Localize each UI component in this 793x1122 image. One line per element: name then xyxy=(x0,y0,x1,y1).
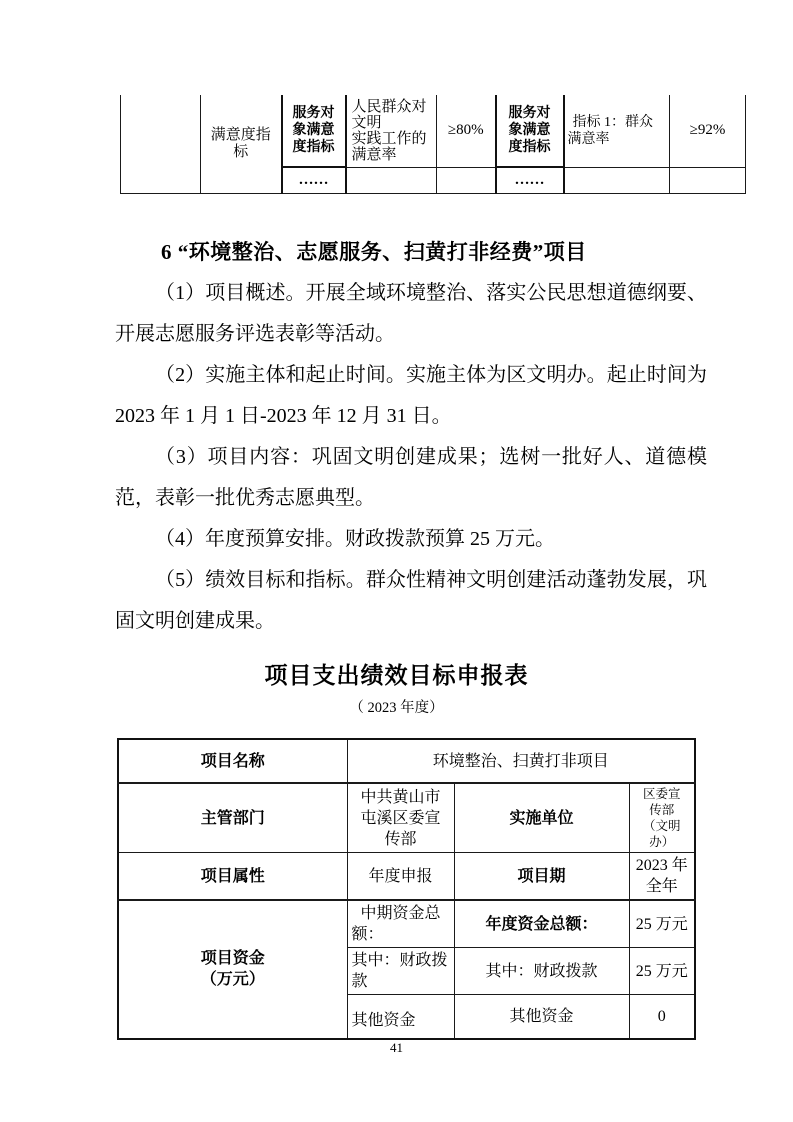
dept-label-cell: 主管部门 xyxy=(118,783,347,853)
empty-cell xyxy=(437,167,496,193)
empty-cell xyxy=(670,167,746,193)
ellipsis-cell-2: …… xyxy=(496,167,564,193)
other-label-cell: 其他资金 xyxy=(454,995,629,1039)
declaration-title: 项目支出绩效目标申报表 xyxy=(0,657,793,690)
table-row: 满意度指标 服务对象满意度指标 人民群众对文明 实践工作的满意率 ≥80% 服务… xyxy=(121,95,746,167)
other-value-cell: 0 xyxy=(629,995,695,1039)
fiscal-value-cell: 25 万元 xyxy=(629,948,695,995)
indicator-text-cell-2: 指标 1：群众满意率 xyxy=(564,95,670,167)
table-row-department: 主管部门 中共黄山市屯溪区委宣传部 实施单位 区委宣传部（文明办） xyxy=(118,783,695,853)
page-number: 41 xyxy=(0,1040,793,1056)
empty-cell xyxy=(346,167,437,193)
project-name-label-cell: 项目名称 xyxy=(118,739,347,783)
ellipsis-cell: …… xyxy=(282,167,346,193)
service-target-header-cell: 服务对象满意度指标 xyxy=(282,95,346,167)
impl-label-cell: 实施单位 xyxy=(454,783,629,853)
declaration-table: 项目名称 环境整治、扫黄打非项目 主管部门 中共黄山市屯溪区委宣传部 实施单位 … xyxy=(117,738,696,1040)
dept-value-cell: 中共黄山市屯溪区委宣传部 xyxy=(347,783,454,853)
table-row-project-name: 项目名称 环境整治、扫黄打非项目 xyxy=(118,739,695,783)
other-sub-label-cell: 其他资金 xyxy=(347,995,454,1039)
project-name-value-cell: 环境整治、扫黄打非项目 xyxy=(347,739,695,783)
empty-cell xyxy=(121,95,201,193)
fiscal-sub-label-cell: 其中：财政拨款 xyxy=(347,948,454,995)
document-page: 满意度指标 服务对象满意度指标 人民群众对文明 实践工作的满意率 ≥80% 服务… xyxy=(0,0,793,1122)
funds-label-cell: 项目资金 （万元） xyxy=(118,900,347,1039)
table-row-attribute: 项目属性 年度申报 项目期 2023 年全年 xyxy=(118,853,695,901)
annual-total-label-cell: 年度资金总额： xyxy=(454,900,629,948)
paragraph-implementer: （2）实施主体和起止时间。实施主体为区文明办。起止时间为 2023 年 1 月 … xyxy=(115,355,707,437)
section-body: 6 “环境整治、志愿服务、扫黄打非经费”项目 （1）项目概述。开展全域环境整治、… xyxy=(115,231,707,642)
service-target-header-cell-2: 服务对象满意度指标 xyxy=(496,95,564,167)
paragraph-budget: （4）年度预算安排。财政拨款预算 25 万元。 xyxy=(115,519,707,560)
annual-total-value-cell: 25 万元 xyxy=(629,900,695,948)
paragraph-targets: （5）绩效目标和指标。群众性精神文明创建活动蓬勃发展，巩固文明创建成果。 xyxy=(115,560,707,642)
period-value-cell: 2023 年全年 xyxy=(629,853,695,901)
mid-total-label-cell: 中期资金总额： xyxy=(347,900,454,948)
indicator-text-cell: 人民群众对文明 实践工作的满意率 xyxy=(346,95,437,167)
target-value-cell-2: ≥92% xyxy=(670,95,746,167)
fiscal-label-cell: 其中：财政拨款 xyxy=(454,948,629,995)
satisfaction-label-cell: 满意度指标 xyxy=(201,95,282,193)
paragraph-overview: （1）项目概述。开展全域环境整治、落实公民思想道德纲要、开展志愿服务评选表彰等活… xyxy=(115,273,707,355)
attr-label-cell: 项目属性 xyxy=(118,853,347,901)
section-heading: 6 “环境整治、志愿服务、扫黄打非经费”项目 xyxy=(115,231,707,273)
table-row-annual-total: 项目资金 （万元） 中期资金总额： 年度资金总额： 25 万元 xyxy=(118,900,695,948)
period-label-cell: 项目期 xyxy=(454,853,629,901)
declaration-subtitle: （ 2023 年度） xyxy=(0,696,793,717)
paragraph-content: （3）项目内容：巩固文明创建成果；选树一批好人、道德模范，表彰一批优秀志愿典型。 xyxy=(115,437,707,519)
impl-value-cell: 区委宣传部（文明办） xyxy=(629,783,695,853)
empty-cell xyxy=(564,167,670,193)
attr-value-cell: 年度申报 xyxy=(347,853,454,901)
target-value-cell: ≥80% xyxy=(437,95,496,167)
satisfaction-indicator-table: 满意度指标 服务对象满意度指标 人民群众对文明 实践工作的满意率 ≥80% 服务… xyxy=(120,95,746,194)
